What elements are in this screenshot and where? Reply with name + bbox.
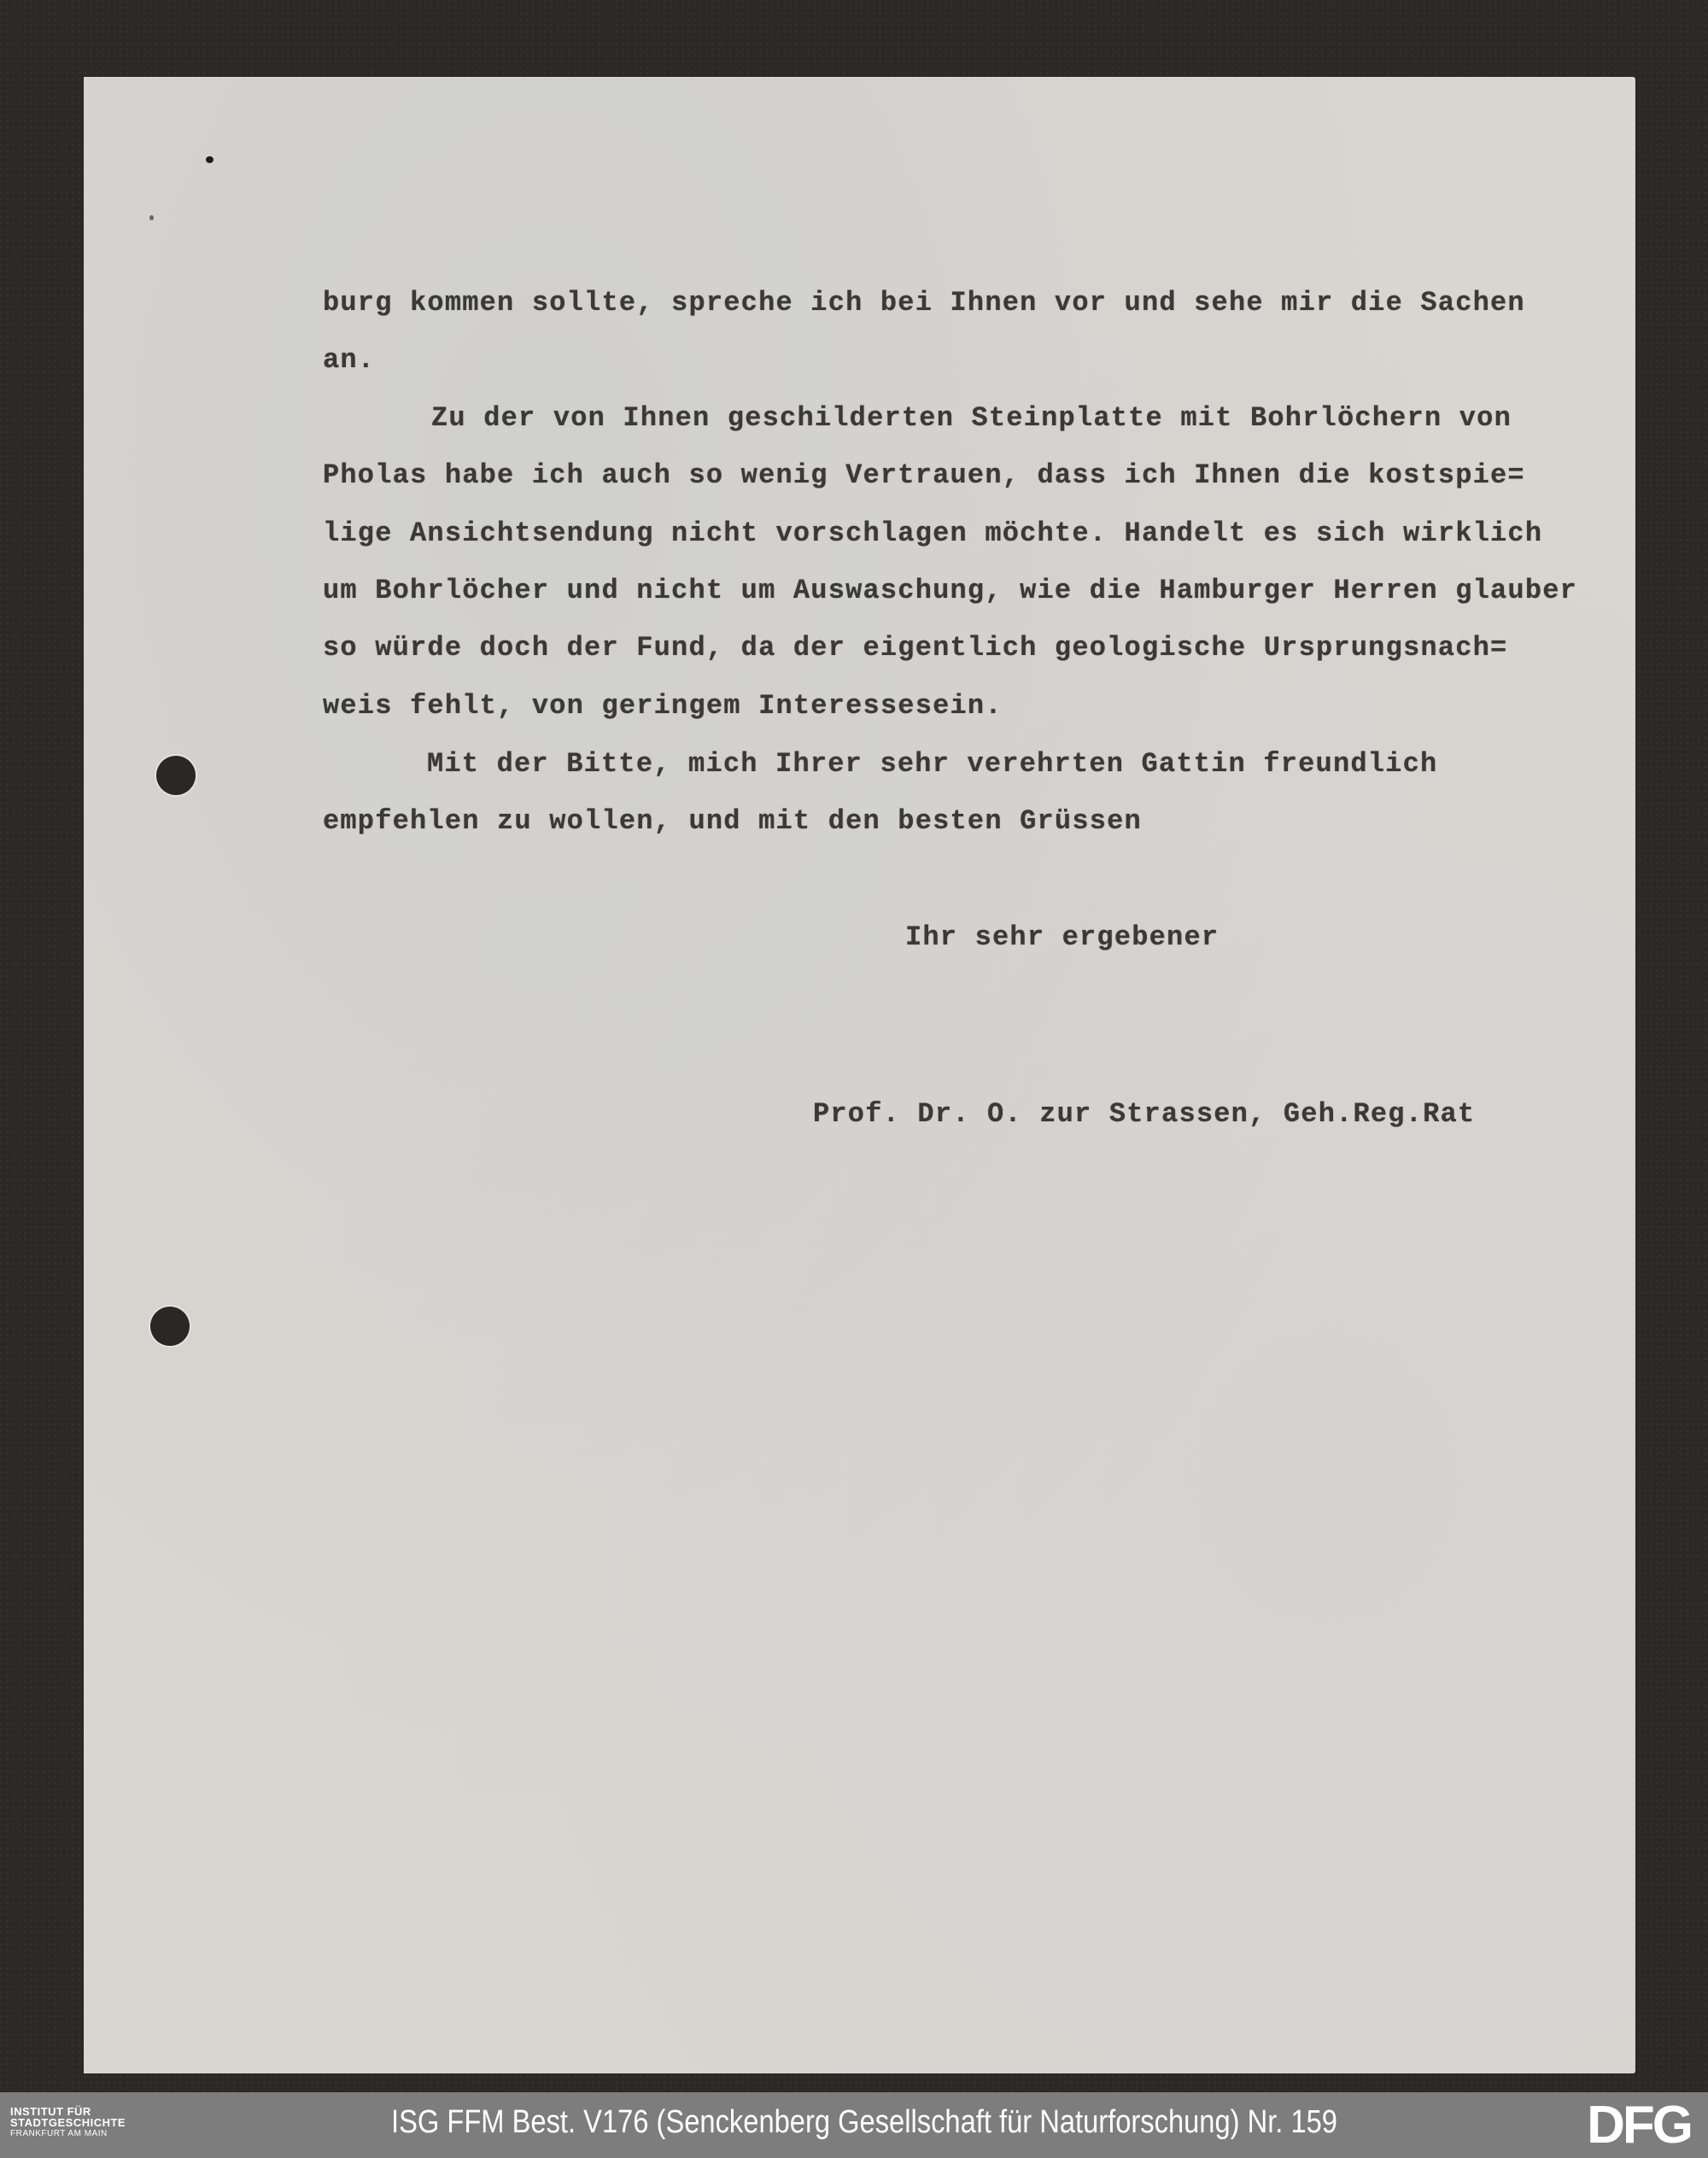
institution-line-2: STADTGESCHICHTE (10, 2117, 126, 2128)
typed-line: Pholas habe ich auch so wenig Vertrauen,… (323, 459, 1525, 493)
archive-caption: ISG FFM Best. V176 (Senckenberg Gesellsc… (391, 2104, 1337, 2141)
typed-line: Prof. Dr. O. zur Strassen, Geh.Reg.Rat (813, 1097, 1475, 1132)
typed-line: so würde doch der Fund, da der eigentlic… (323, 631, 1507, 665)
dfg-logo: DFG (1587, 2097, 1691, 2154)
institution-line-3: FRANKFURT AM MAIN (10, 2128, 126, 2139)
typed-line: Mit der Bitte, mich Ihrer sehr verehrten… (427, 747, 1437, 781)
typed-line: weis fehlt, von geringem Interessesein. (323, 689, 1003, 723)
typed-line: um Bohrlöcher und nicht um Auswaschung, … (323, 574, 1577, 608)
typed-line: Zu der von Ihnen geschilderten Steinplat… (431, 401, 1512, 436)
archive-footer: INSTITUT FÜR STADTGESCHICHTE FRANKFURT A… (0, 2092, 1708, 2158)
typed-line: Ihr sehr ergebener (905, 921, 1219, 955)
punch-hole-bottom (150, 1307, 190, 1346)
letter-page: burg kommen sollte, spreche ich bei Ihne… (84, 77, 1635, 2073)
typed-line: burg kommen sollte, spreche ich bei Ihne… (323, 286, 1525, 320)
ink-speck (206, 156, 213, 163)
typed-line: an. (323, 343, 375, 377)
punch-hole-top (156, 756, 196, 795)
institution-logo: INSTITUT FÜR STADTGESCHICHTE FRANKFURT A… (10, 2106, 126, 2139)
typed-line: empfehlen zu wollen, und mit den besten … (323, 804, 1142, 839)
ink-speck (149, 215, 154, 220)
typed-line: lige Ansichtsendung nicht vorschlagen mö… (323, 517, 1542, 551)
